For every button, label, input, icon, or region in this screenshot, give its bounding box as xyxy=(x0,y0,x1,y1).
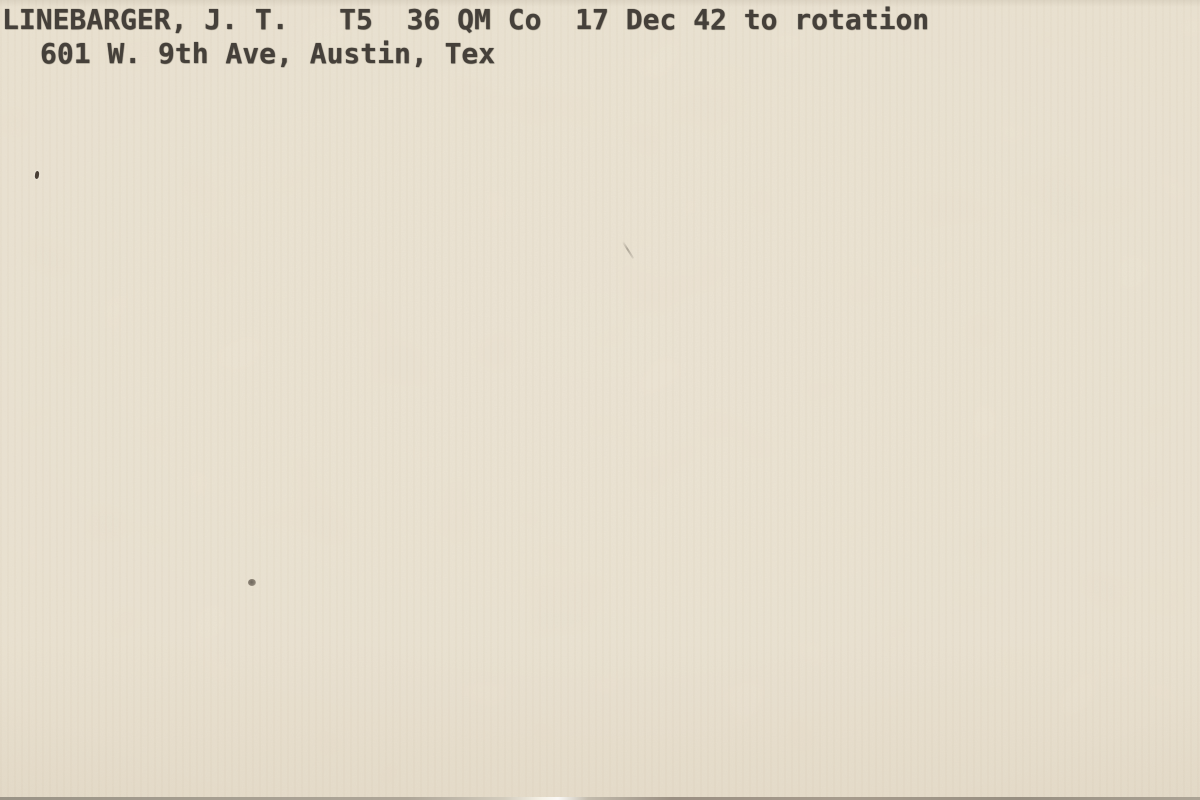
index-card: LINEBARGER, J. T. T5 36 QM Co 17 Dec 42 … xyxy=(0,0,1200,800)
typed-line-soldier-record: LINEBARGER, J. T. T5 36 QM Co 17 Dec 42 … xyxy=(2,3,929,37)
paper-grain xyxy=(0,0,1200,800)
fiber-smudge xyxy=(622,241,634,259)
typed-line-address: 601 W. 9th Ave, Austin, Tex xyxy=(40,37,495,71)
paper-texture xyxy=(0,0,1200,800)
ink-speck xyxy=(34,171,39,179)
dirt-speck xyxy=(248,579,256,586)
